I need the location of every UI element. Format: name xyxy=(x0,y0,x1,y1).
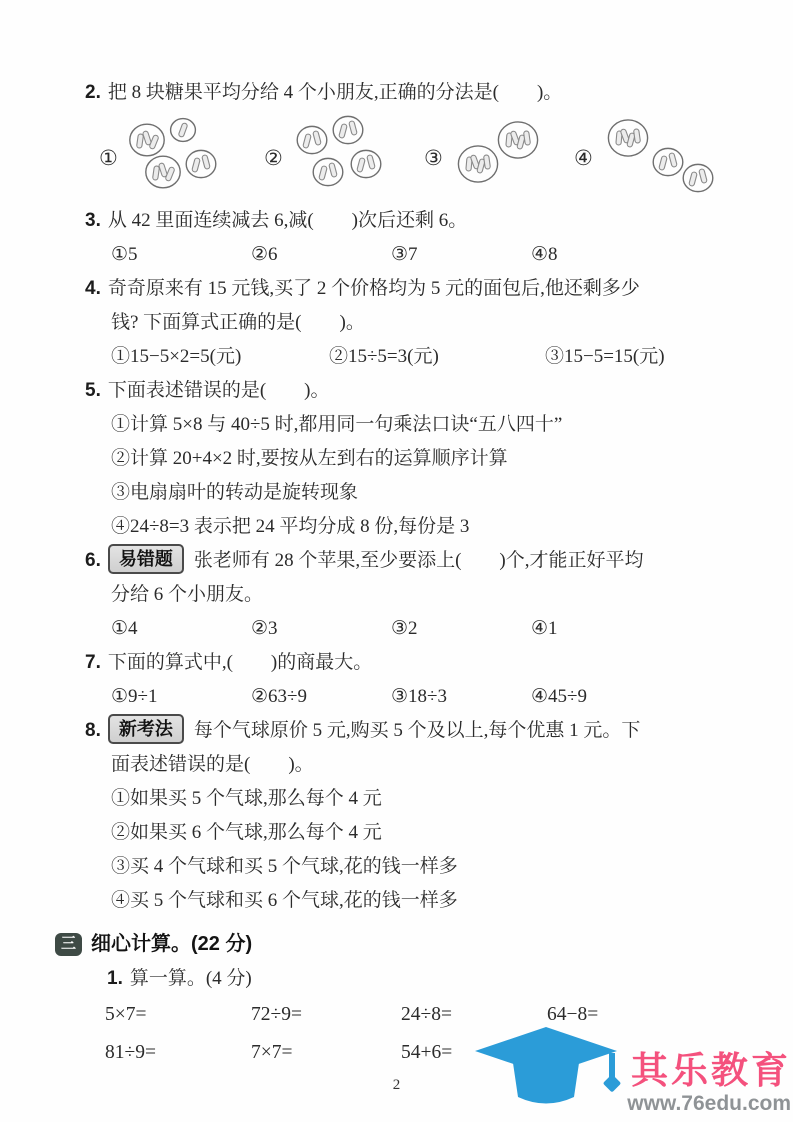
error-prone-badge: 易错题 xyxy=(108,544,184,574)
candy-group-option: ③ xyxy=(424,114,574,202)
question-text: 每个气球原价 5 元,购买 5 个及以上,每个优惠 1 元。下 xyxy=(194,720,641,741)
figure-option-label: ② xyxy=(264,146,283,171)
figure-option-label: ① xyxy=(99,146,118,171)
section-header: 三 细心计算。(22 分) xyxy=(55,926,750,962)
option-statement: ④24÷8=3 表示把 24 平均分成 8 份,每份是 3 xyxy=(85,510,750,544)
candy-group-option: ① xyxy=(99,114,264,202)
option: ①9÷1 xyxy=(111,680,251,714)
option-statement: ④买 5 个气球和买 6 个气球,花的钱一样多 xyxy=(85,884,750,918)
question-2: 2.把 8 块糖果平均分给 4 个小朋友,正确的分法是( )。 ①②③④ xyxy=(85,76,750,202)
question-text: 把 8 块糖果平均分给 4 个小朋友,正确的分法是( )。 xyxy=(108,82,562,103)
sub-question-1: 1.算一算。(4 分) xyxy=(85,962,750,996)
option: ①15−5×2=5(元) xyxy=(111,340,329,374)
option: ②63÷9 xyxy=(251,680,391,714)
candy-circles-drawing xyxy=(284,114,412,202)
worksheet-page: 2.把 8 块糖果平均分给 4 个小朋友,正确的分法是( )。 ①②③④ 3.从… xyxy=(0,0,793,1122)
question-number: 7. xyxy=(85,652,101,673)
option: ②15÷5=3(元) xyxy=(329,340,545,374)
question-number: 4. xyxy=(85,278,101,299)
calc-item: 7×7= xyxy=(251,1034,401,1072)
question-number: 8. xyxy=(85,720,101,741)
option-statement: ③电扇扇叶的转动是旋转现象 xyxy=(85,476,750,510)
new-method-badge: 新考法 xyxy=(108,714,184,744)
option: ③2 xyxy=(391,612,531,646)
option: ②3 xyxy=(251,612,391,646)
question-text: 从 42 里面连续减去 6,减( )次后还剩 6。 xyxy=(108,210,467,231)
section-title: 细心计算。(22 分) xyxy=(91,926,252,962)
brand-url: www.76edu.com xyxy=(627,1091,791,1116)
question-text: 钱? 下面算式正确的是( )。 xyxy=(85,306,750,340)
question-number: 6. xyxy=(85,550,101,571)
question-text: 张老师有 28 个苹果,至少要添上( )个,才能正好平均 xyxy=(194,550,644,571)
question-text: 分给 6 个小朋友。 xyxy=(85,578,750,612)
calc-item: 5×7= xyxy=(105,996,251,1034)
option: ②6 xyxy=(251,238,391,272)
option: ④8 xyxy=(531,238,750,272)
option-statement: ①如果买 5 个气球,那么每个 4 元 xyxy=(85,782,750,816)
publisher-watermark: 其乐教育 www.76edu.com xyxy=(471,1025,791,1116)
question-7: 7.下面的算式中,( )的商最大。 ①9÷1 ②63÷9 ③18÷3 ④45÷9 xyxy=(85,646,750,714)
answer-options: ①4 ②3 ③2 ④1 xyxy=(85,612,750,646)
answer-options: ①15−5×2=5(元) ②15÷5=3(元) ③15−5=15(元) xyxy=(85,340,750,374)
calc-item: 81÷9= xyxy=(105,1034,251,1072)
question-number: 2. xyxy=(85,82,101,103)
option: ①4 xyxy=(111,612,251,646)
option: ③15−5=15(元) xyxy=(545,340,750,374)
question-number: 3. xyxy=(85,210,101,231)
question-5: 5.下面表述错误的是( )。 ①计算 5×8 与 40÷5 时,都用同一句乘法口… xyxy=(85,374,750,544)
candy-figure: ①②③④ xyxy=(85,114,750,202)
answer-options: ①9÷1 ②63÷9 ③18÷3 ④45÷9 xyxy=(85,680,750,714)
watermark-text: 其乐教育 www.76edu.com xyxy=(627,1051,791,1116)
calc-item: 72÷9= xyxy=(251,996,401,1034)
graduation-cap-icon xyxy=(471,1025,623,1118)
section-number-icon: 三 xyxy=(55,933,82,956)
figure-option-label: ③ xyxy=(424,146,443,171)
answer-options: ①5 ②6 ③7 ④8 xyxy=(85,238,750,272)
candy-circles-drawing xyxy=(594,114,722,202)
question-text: 下面的算式中,( )的商最大。 xyxy=(108,652,372,673)
option-statement: ③买 4 个气球和买 5 个气球,花的钱一样多 xyxy=(85,850,750,884)
candy-group-option: ④ xyxy=(574,114,750,202)
sub-question-title: 算一算。(4 分) xyxy=(130,968,252,989)
option: ③7 xyxy=(391,238,531,272)
option: ①5 xyxy=(111,238,251,272)
question-text: 下面表述错误的是( )。 xyxy=(108,380,330,401)
sub-question-number: 1. xyxy=(107,968,123,989)
question-6: 6.易错题张老师有 28 个苹果,至少要添上( )个,才能正好平均 分给 6 个… xyxy=(85,544,750,646)
candy-group-option: ② xyxy=(264,114,424,202)
question-8: 8.新考法每个气球原价 5 元,购买 5 个及以上,每个优惠 1 元。下 面表述… xyxy=(85,714,750,918)
question-4: 4.奇奇原来有 15 元钱,买了 2 个价格均为 5 元的面包后,他还剩多少 钱… xyxy=(85,272,750,374)
option-statement: ①计算 5×8 与 40÷5 时,都用同一句乘法口诀“五八四十” xyxy=(85,408,750,442)
question-3: 3.从 42 里面连续减去 6,减( )次后还剩 6。 ①5 ②6 ③7 ④8 xyxy=(85,204,750,272)
question-number: 5. xyxy=(85,380,101,401)
option-statement: ②如果买 6 个气球,那么每个 4 元 xyxy=(85,816,750,850)
brand-name: 其乐教育 xyxy=(631,1051,791,1091)
question-text: 奇奇原来有 15 元钱,买了 2 个价格均为 5 元的面包后,他还剩多少 xyxy=(108,278,640,299)
worksheet-content: 2.把 8 块糖果平均分给 4 个小朋友,正确的分法是( )。 ①②③④ 3.从… xyxy=(85,76,750,1072)
option: ③18÷3 xyxy=(391,680,531,714)
option: ④1 xyxy=(531,612,750,646)
figure-option-label: ④ xyxy=(574,146,593,171)
candy-circles-drawing xyxy=(444,114,572,202)
option-statement: ②计算 20+4×2 时,要按从左到右的运算顺序计算 xyxy=(85,442,750,476)
question-text: 面表述错误的是( )。 xyxy=(85,748,750,782)
option: ④45÷9 xyxy=(531,680,750,714)
candy-circles-drawing xyxy=(119,114,247,202)
